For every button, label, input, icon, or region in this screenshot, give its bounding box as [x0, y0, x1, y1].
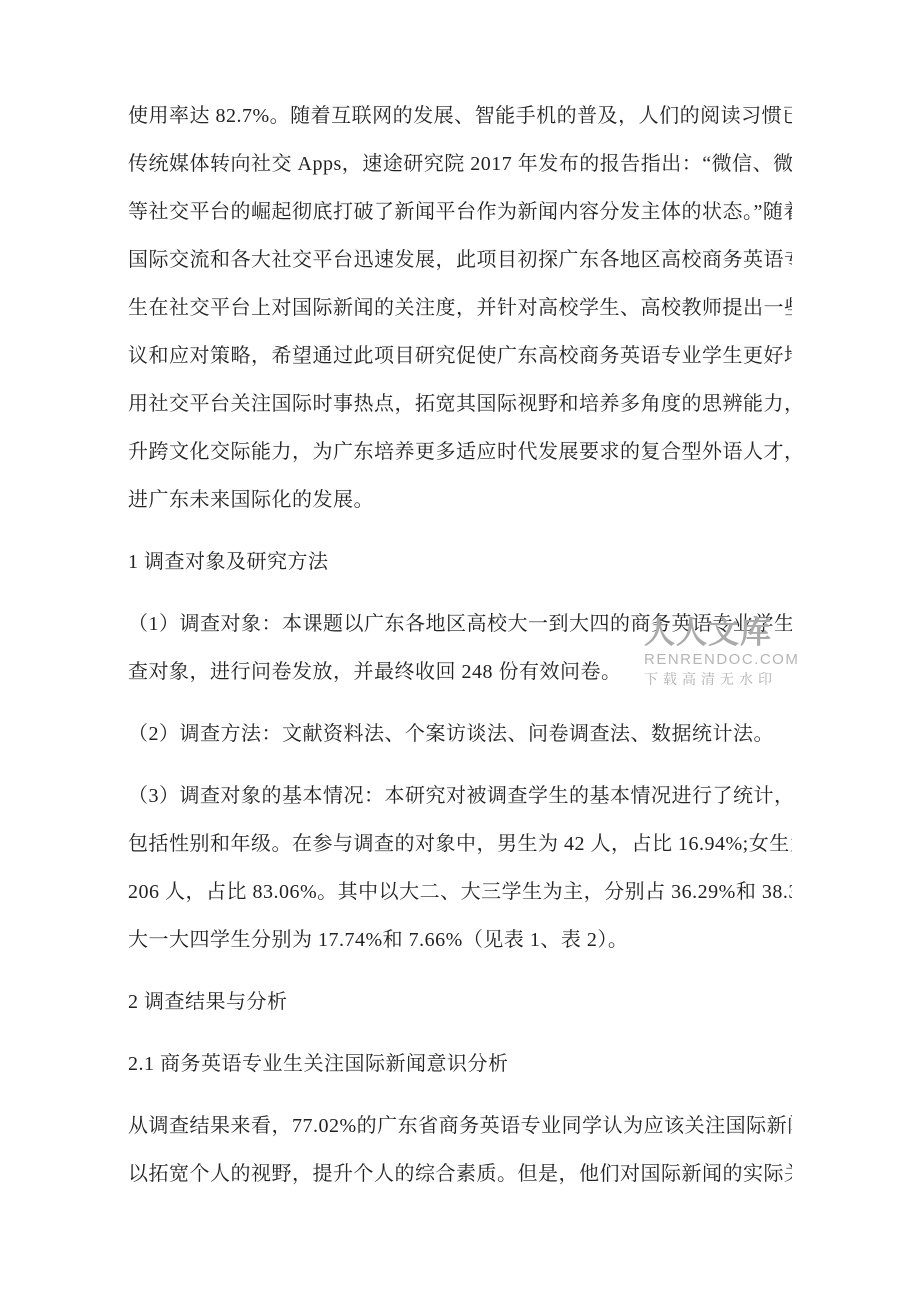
text-line: 从调查结果来看，77.02%的广东省商务英语专业同学认为应该关注国际新闻， [128, 1102, 792, 1150]
section-heading: 2.1 商务英语专业生关注国际新闻意识分析 [128, 1040, 792, 1088]
text-line: 1 调查对象及研究方法 [128, 538, 792, 586]
text-line: 传统媒体转向社交 Apps，速途研究院 2017 年发布的报告指出：“微信、微博 [128, 140, 792, 188]
text-line: 议和应对策略，希望通过此项目研究促使广东高校商务英语专业学生更好地利 [128, 332, 792, 380]
body-paragraph: （1）调查对象：本课题以广东各地区高校大一到大四的商务英语专业学生为调查对象，进… [128, 600, 792, 696]
section-heading: 2 调查结果与分析 [128, 978, 792, 1026]
document-body: 使用率达 82.7%。随着互联网的发展、智能手机的普及，人们的阅读习惯已从传统媒… [128, 92, 792, 1212]
text-line: 206 人，占比 83.06%。其中以大二、大三学生为主，分别占 36.29%和… [128, 868, 792, 916]
body-paragraph: 使用率达 82.7%。随着互联网的发展、智能手机的普及，人们的阅读习惯已从传统媒… [128, 92, 792, 524]
text-line: 大一大四学生分别为 17.74%和 7.66%（见表 1、表 2）。 [128, 916, 792, 964]
text-line: 包括性别和年级。在参与调查的对象中，男生为 42 人，占比 16.94%;女生为 [128, 820, 792, 868]
text-line: 用社交平台关注国际时事热点，拓宽其国际视野和培养多角度的思辨能力，提 [128, 380, 792, 428]
text-line: （3）调查对象的基本情况：本研究对被调查学生的基本情况进行了统计，主要 [128, 772, 792, 820]
text-line: 进广东未来国际化的发展。 [128, 476, 792, 524]
body-paragraph: 从调查结果来看，77.02%的广东省商务英语专业同学认为应该关注国际新闻，以拓宽… [128, 1102, 792, 1198]
text-line: 升跨文化交际能力，为广东培养更多适应时代发展要求的复合型外语人才，促 [128, 428, 792, 476]
text-line: 使用率达 82.7%。随着互联网的发展、智能手机的普及，人们的阅读习惯已从 [128, 92, 792, 140]
text-line: 等社交平台的崛起彻底打破了新闻平台作为新闻内容分发主体的状态。”随着 [128, 188, 792, 236]
text-line: （1）调查对象：本课题以广东各地区高校大一到大四的商务英语专业学生为调 [128, 600, 792, 648]
body-paragraph: （3）调查对象的基本情况：本研究对被调查学生的基本情况进行了统计，主要包括性别和… [128, 772, 792, 964]
text-line: 以拓宽个人的视野，提升个人的综合素质。但是，他们对国际新闻的实际关注 [128, 1150, 792, 1198]
document-page: 使用率达 82.7%。随着互联网的发展、智能手机的普及，人们的阅读习惯已从传统媒… [0, 0, 920, 1302]
text-line: 查对象，进行问卷发放，并最终收回 248 份有效问卷。 [128, 648, 792, 696]
text-line: 生在社交平台上对国际新闻的关注度，并针对高校学生、高校教师提出一些建 [128, 284, 792, 332]
text-line: 2 调查结果与分析 [128, 978, 792, 1026]
text-line: （2）调查方法：文献资料法、个案访谈法、问卷调查法、数据统计法。 [128, 710, 792, 758]
text-line: 国际交流和各大社交平台迅速发展，此项目初探广东各地区高校商务英语专业 [128, 236, 792, 284]
body-paragraph: （2）调查方法：文献资料法、个案访谈法、问卷调查法、数据统计法。 [128, 710, 792, 758]
section-heading: 1 调查对象及研究方法 [128, 538, 792, 586]
text-line: 2.1 商务英语专业生关注国际新闻意识分析 [128, 1040, 792, 1088]
